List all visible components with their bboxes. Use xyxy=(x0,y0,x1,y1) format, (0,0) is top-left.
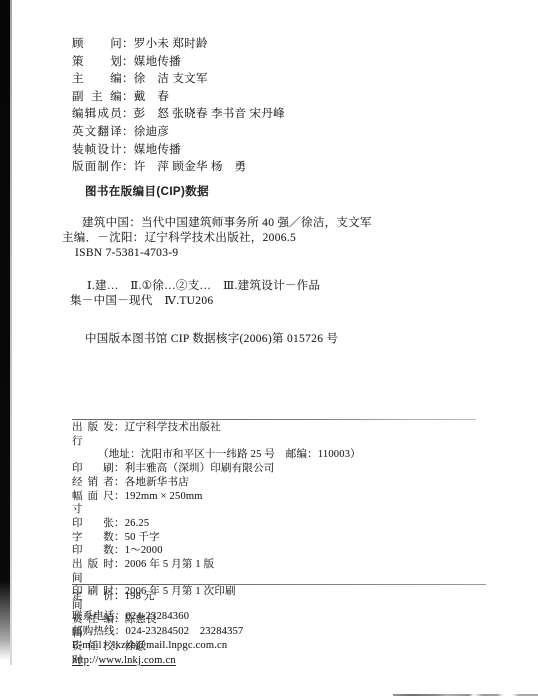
publishing-value: ：2006 年 5 月第 1 版 xyxy=(114,559,214,570)
scan-bottom-edge-artifact xyxy=(393,694,538,696)
cip-class-line-2: 集－中国－现代 Ⅳ.TU206 xyxy=(62,294,320,309)
publishing-value: ：1～2000 xyxy=(114,545,163,556)
credit-role-label: 策划 xyxy=(72,54,122,72)
credits-row: 英文翻译：徐迪彦 xyxy=(72,124,285,142)
credits-row: 顾问：罗小未 郑时龄 xyxy=(72,36,285,54)
credit-role-label: 版面制作 xyxy=(72,159,122,177)
credits-row: 副主编：戴 春 xyxy=(72,89,285,107)
url-host: www.lnkj.com.cn xyxy=(99,655,176,666)
publishing-label: 经销者 xyxy=(72,476,114,490)
publishing-row: 幅面尺寸：192mm × 250mm xyxy=(72,490,361,517)
scan-left-edge-shadow xyxy=(10,0,12,665)
publishing-value: ：利丰雅高（深圳）印刷有限公司 xyxy=(114,463,275,474)
colophon-page: 顾问：罗小未 郑时龄 策划：媒地传播 主编：徐 洁 支文军 副主编：戴 春 编辑… xyxy=(0,0,538,699)
credit-role-label: 编辑成员 xyxy=(72,106,122,124)
email-line: E-mail：lkzzb@mail.lnpgc.com.cn xyxy=(72,639,243,654)
price-label: 定价 xyxy=(72,588,114,603)
credit-names-value: ：徐 洁 支文军 xyxy=(122,73,208,85)
credit-names-value: ：媒地传播 xyxy=(122,144,181,156)
credit-names-value: ：罗小未 郑时龄 xyxy=(122,38,208,50)
mail-order-line: 邮购热线：024-23284502 23284357 xyxy=(72,625,243,640)
credits-row: 装帧设计：媒地传播 xyxy=(72,142,285,160)
publishing-label: 幅面尺寸 xyxy=(72,490,114,517)
credits-row: 主编：徐 洁 支文军 xyxy=(72,71,285,89)
cip-class-line-1: Ⅰ.建… Ⅱ.①徐…②支… Ⅲ.建筑设计－作品 xyxy=(62,279,320,294)
publishing-row: 印张：26.25 xyxy=(72,517,361,531)
publishing-row: 字数：50 千字 xyxy=(72,531,361,545)
publishing-value: ：各地新华书店 xyxy=(114,477,189,488)
url-separator: :// xyxy=(89,655,98,666)
publishing-row: 出版发行：辽宁科学技术出版社 xyxy=(72,421,361,448)
credit-role-label: 主编 xyxy=(72,71,122,89)
cip-title-line: 建筑中国：当代中国建筑师事务所 40 强／徐洁，支文军 xyxy=(62,216,372,231)
publishing-value: ：26.25 xyxy=(114,518,149,529)
publishing-value: ：辽宁科学技术出版社 xyxy=(114,422,221,433)
publishing-row: 出版时间：2006 年 5 月第 1 版 xyxy=(72,558,361,585)
price-row: 定价：198 元 xyxy=(72,588,155,603)
credits-row: 策划：媒地传播 xyxy=(72,54,285,72)
publishing-label: 印刷 xyxy=(72,462,114,476)
credit-role-label: 副主编 xyxy=(72,89,122,107)
contact-phone-line: 联系电话：024-23284360 xyxy=(72,610,243,625)
credit-role-label: 顾问 xyxy=(72,36,122,54)
divider-line-bottom xyxy=(72,584,486,585)
credits-row: 版面制作：许 萍 顾金华 杨 勇 xyxy=(72,159,285,177)
cip-description-block: 建筑中国：当代中国建筑师事务所 40 强／徐洁，支文军 主编．－沈阳：辽宁科学技… xyxy=(62,216,372,260)
scan-left-edge-artifact xyxy=(0,0,10,660)
contact-block: 联系电话：024-23284360 邮购热线：024-23284502 2328… xyxy=(72,610,243,668)
cip-classification-block: Ⅰ.建… Ⅱ.①徐…②支… Ⅲ.建筑设计－作品 集－中国－现代 Ⅳ.TU206 xyxy=(62,279,320,309)
publishing-label: 出版发行 xyxy=(72,421,114,448)
publishing-label: 印张 xyxy=(72,517,114,531)
publishing-label: 出版时间 xyxy=(72,558,114,585)
publisher-address-line: （地址：沈阳市和平区十一纬路 25 号 邮编：110003） xyxy=(72,448,361,462)
credits-block: 顾问：罗小未 郑时龄 策划：媒地传播 主编：徐 洁 支文军 副主编：戴 春 编辑… xyxy=(72,36,285,177)
credit-role-label: 英文翻译 xyxy=(72,124,122,142)
publishing-label: 字数 xyxy=(72,531,114,545)
publishing-value: ：192mm × 250mm xyxy=(114,491,203,502)
cip-editor-line: 主编．－沈阳：辽宁科学技术出版社，2006.5 xyxy=(62,231,372,246)
website-line: http://www.lnkj.com.cn xyxy=(72,654,243,669)
credits-row: 编辑成员：彭 怒 张晓春 李书音 宋丹峰 xyxy=(72,106,285,124)
cip-isbn-line: ISBN 7-5381-4703-9 xyxy=(62,246,372,261)
credit-names-value: ：彭 怒 张晓春 李书音 宋丹峰 xyxy=(122,108,285,120)
price-value: ：198 元 xyxy=(114,591,155,602)
publishing-value: ：50 千字 xyxy=(114,532,160,543)
publishing-row: 印数：1～2000 xyxy=(72,544,361,558)
credit-names-value: ：媒地传播 xyxy=(122,56,181,68)
credit-names-value: ：戴 春 xyxy=(122,91,169,103)
publishing-row: 经销者：各地新华书店 xyxy=(72,476,361,490)
cip-section-title: 图书在版编目(CIP)数据 xyxy=(85,183,209,199)
publishing-row: 印刷：利丰雅高（深圳）印刷有限公司 xyxy=(72,462,361,476)
url-scheme: http xyxy=(72,655,89,666)
credit-role-label: 装帧设计 xyxy=(72,142,122,160)
divider-line-top xyxy=(72,419,476,420)
publishing-label: 印数 xyxy=(72,544,114,558)
credit-names-value: ：徐迪彦 xyxy=(122,126,169,138)
credit-names-value: ：许 萍 顾金华 杨 勇 xyxy=(122,161,246,173)
cip-record-number-line: 中国版本图书馆 CIP 数据核字(2006)第 015726 号 xyxy=(85,330,338,346)
